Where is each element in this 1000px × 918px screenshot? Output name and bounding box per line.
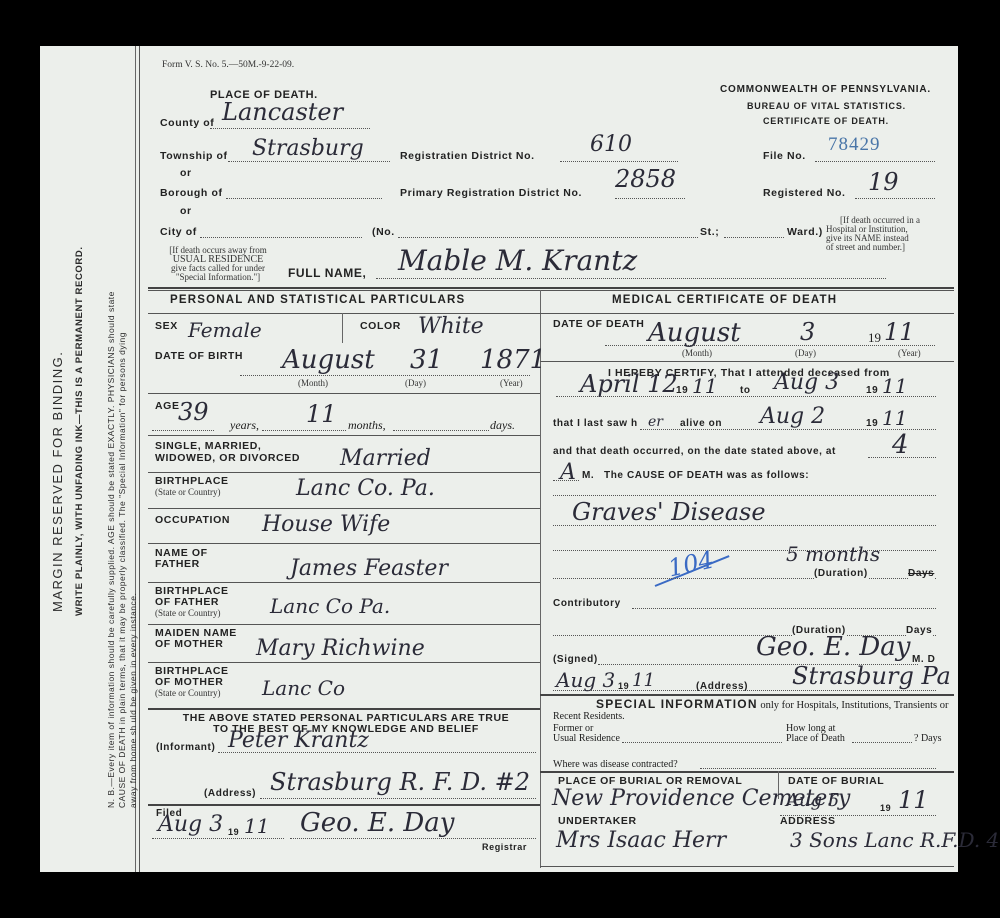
city-label: City of (160, 226, 197, 238)
hospital-note: [If death occurred in a Hospital or Inst… (826, 216, 920, 252)
special-info-header: SPECIAL INFORMATION only for Hospitals, … (596, 697, 948, 711)
primary-district-value[interactable]: 2858 (615, 165, 676, 193)
county-value[interactable]: Lancaster (222, 98, 343, 126)
father-birthplace-label: BIRTHPLACE OF FATHER (State or Country) (155, 586, 229, 619)
birthplace-label: BIRTHPLACE (State or Country) (155, 476, 229, 498)
father-name-value[interactable]: James Feaster (290, 556, 448, 581)
age-months-value[interactable]: 11 (306, 400, 337, 428)
death-day-value[interactable]: 3 (800, 318, 815, 346)
contributory-label: Contributory (553, 598, 621, 609)
death-month-caption: (Month) (682, 348, 712, 358)
signed-date-value[interactable]: Aug 3 (556, 668, 615, 692)
filed-date-value[interactable]: Aug 3 (158, 812, 223, 837)
occupation-value[interactable]: House Wife (262, 512, 390, 537)
death-month-value[interactable]: August (648, 318, 741, 348)
physician-address-label: (Address) (696, 681, 748, 692)
death-hour-value[interactable]: 4 (892, 430, 909, 460)
undertaker-address-label: ADDRESS (780, 815, 836, 827)
last-saw-year[interactable]: 11 (882, 406, 907, 430)
mother-birthplace-label: BIRTHPLACE OF MOTHER (State or Country) (155, 666, 229, 699)
form-number: Form V. S. No. 5.—50M.-9-22-09. (162, 60, 294, 70)
marital-status-label: SINGLE, MARRIED, WIDOWED, OR DIVORCED (155, 440, 300, 464)
undertaker-value[interactable]: Mrs Isaac Herr (556, 828, 726, 853)
sex-label: SEX (155, 320, 178, 332)
disease-contracted-label: Where was disease contracted? (553, 759, 678, 770)
father-birthplace-value[interactable]: Lanc Co Pa. (270, 594, 390, 618)
last-saw-label: that I last saw h (553, 418, 638, 429)
meridiem-value[interactable]: A (560, 460, 576, 485)
mother-birthplace-value[interactable]: Lanc Co (262, 676, 345, 700)
away-residence-note: [If death occurs away from USUAL RESIDEN… (160, 246, 276, 282)
birthplace-value[interactable]: Lanc Co. Pa. (296, 476, 435, 501)
registrar-label: Registrar (482, 842, 527, 852)
write-plainly-text: WRITE PLAINLY, WITH UNFADING INK—THIS IS… (74, 246, 85, 616)
cause-of-death-value[interactable]: Graves' Disease (572, 498, 766, 526)
file-no-label: File No. (763, 150, 806, 162)
attended-to-year[interactable]: 11 (882, 374, 907, 398)
nb-line-1: N. B.—Every item of information should b… (106, 291, 116, 808)
burial-date-value[interactable]: Aug 5 (786, 790, 839, 811)
how-long-days-label: ? Days (914, 733, 942, 744)
death-day-caption: (Day) (795, 348, 816, 358)
informant-value[interactable]: Peter Krantz (228, 728, 369, 753)
full-name-label: FULL NAME, (288, 266, 366, 280)
physician-address-value[interactable]: Strasburg Pa (792, 662, 951, 690)
attended-to-year-prefix: 19 (866, 385, 878, 396)
how-long-label: How long at Place of Death (786, 724, 845, 744)
month-caption: (Month) (298, 378, 328, 388)
days-word: days. (490, 418, 515, 433)
duration-label: (Duration) (814, 568, 868, 579)
birth-year-value[interactable]: 1871 (480, 345, 546, 375)
attended-from-value[interactable]: April 12 (580, 370, 678, 398)
file-no-value: 78429 (828, 134, 881, 156)
township-label: Township of (160, 150, 228, 162)
last-saw-year-prefix: 19 (866, 418, 878, 429)
nb-line-3: away from home sh uld be given in every … (128, 593, 138, 808)
burial-year-prefix: 19 (880, 803, 891, 813)
street-label: St.; (700, 226, 719, 238)
borough-label: Borough of (160, 187, 223, 199)
year-caption: (Year) (500, 378, 523, 388)
margin-reserved-text: MARGIN RESERVED FOR BINDING. (50, 351, 65, 612)
death-year-caption: (Year) (898, 348, 921, 358)
age-years-value[interactable]: 39 (178, 398, 209, 426)
registered-no-label: Registered No. (763, 187, 846, 199)
filed-year-value[interactable]: 11 (244, 814, 269, 838)
or-label-1: or (180, 167, 192, 179)
nb-line-2: CAUSE OF DEATH in plain terms, that it m… (117, 332, 127, 808)
birth-day-value[interactable]: 31 (410, 345, 443, 375)
township-value[interactable]: Strasburg (252, 136, 364, 161)
signed-year-prefix: 19 (618, 681, 629, 691)
death-year-prefix: 19 (868, 330, 881, 346)
sex-value[interactable]: Female (188, 318, 262, 342)
last-saw-date[interactable]: Aug 2 (760, 404, 825, 429)
attended-from-year[interactable]: 11 (692, 374, 717, 398)
months-word: months, (348, 418, 386, 433)
date-of-death-label: DATE OF DEATH (553, 318, 644, 330)
color-label: COLOR (360, 320, 401, 332)
physician-signature[interactable]: Geo. E. Day (756, 632, 910, 662)
marital-status-value[interactable]: Married (340, 446, 431, 471)
full-name-value[interactable]: Mable M. Krantz (398, 244, 637, 277)
header-bureau: BUREAU OF VITAL STATISTICS. (747, 101, 906, 111)
to-label: to (740, 385, 751, 396)
informant-address-label: (Address) (204, 788, 256, 799)
burial-year-value[interactable]: 11 (898, 786, 929, 814)
death-occurred-label: and that death occurred, on the date sta… (553, 446, 836, 457)
or-label-2: or (180, 205, 192, 217)
death-year-value[interactable]: 11 (884, 318, 915, 346)
medical-certificate-title: MEDICAL CERTIFICATE OF DEATH (612, 294, 837, 306)
duration-value[interactable]: 5 months (786, 542, 880, 566)
registration-district-label: Registratien District No. (400, 150, 535, 162)
header-certificate: CERTIFICATE OF DEATH. (763, 116, 889, 126)
street-number-label: (No. (372, 226, 395, 238)
mother-maiden-name-label: MAIDEN NAME OF MOTHER (155, 628, 237, 650)
primary-district-label: Primary Registration District No. (400, 187, 582, 199)
registrar-signature[interactable]: Geo. E. Day (300, 808, 454, 838)
last-saw-pronoun[interactable]: er (648, 414, 663, 430)
special-info-title: SPECIAL INFORMATION (596, 697, 758, 711)
cause-of-death-label: The CAUSE OF DEATH was as follows: (604, 470, 809, 481)
special-info-subtitle-2: Recent Residents. (553, 711, 625, 722)
former-residence-label: Former or Usual Residence (553, 724, 620, 744)
occupation-label: OCCUPATION (155, 514, 230, 526)
age-label: AGE (155, 400, 180, 412)
color-value[interactable]: White (418, 314, 484, 339)
father-name-label: NAME OF FATHER (155, 548, 208, 570)
registered-no-value[interactable]: 19 (868, 168, 899, 196)
m-label: M. (582, 470, 594, 481)
day-caption: (Day) (405, 378, 426, 388)
attended-to-value[interactable]: Aug 3 (774, 370, 839, 395)
special-info-subtitle: only for Hospitals, Institutions, Transi… (760, 700, 948, 711)
county-label: County of (160, 117, 214, 129)
days-struck-label: Days (908, 568, 934, 579)
personal-particulars-title: PERSONAL AND STATISTICAL PARTICULARS (170, 294, 465, 306)
alive-on-label: alive on (680, 418, 722, 429)
birth-month-value[interactable]: August (282, 345, 375, 375)
signed-label: (Signed) (553, 654, 598, 665)
ward-label: Ward.) (787, 226, 823, 238)
date-of-birth-label: DATE OF BIRTH (155, 350, 243, 362)
signed-year-value[interactable]: 11 (632, 670, 655, 691)
informant-label: (Informant) (156, 742, 215, 753)
registration-district-value[interactable]: 610 (590, 132, 632, 157)
attended-from-year-prefix: 19 (676, 385, 688, 396)
years-word: years, (230, 418, 259, 433)
undertaker-label: UNDERTAKER (558, 815, 637, 827)
informant-address-value[interactable]: Strasburg R. F. D. #2 (270, 768, 530, 796)
mother-maiden-name-value[interactable]: Mary Richwine (256, 636, 425, 661)
filed-year-prefix: 19 (228, 827, 239, 837)
undertaker-address-value[interactable]: 3 Sons Lanc R.F.D. 4 (790, 828, 999, 852)
header-commonwealth: COMMONWEALTH OF PENNSYLVANIA. (720, 84, 931, 95)
